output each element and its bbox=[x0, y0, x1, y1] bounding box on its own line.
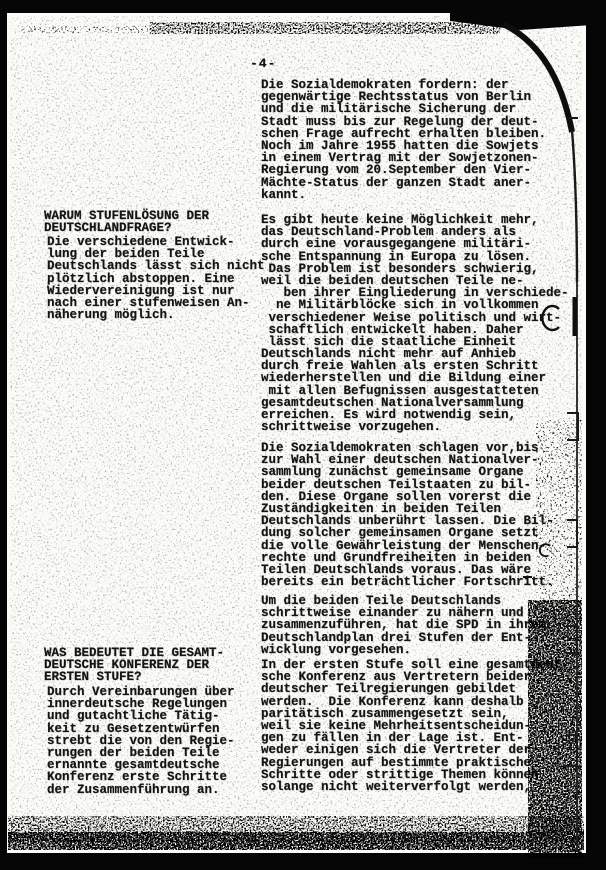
scan-border-bottom bbox=[0, 853, 606, 870]
paragraph-2: Es gibt heute keine Möglichkeit mehr,das… bbox=[261, 214, 569, 433]
paragraph-4: Um die beiden Teile Deutschlandsschrittw… bbox=[261, 595, 546, 656]
section-body-2: Durch Vereinbarungen überinnerdeutsche R… bbox=[47, 686, 235, 796]
paragraph-5: In der ersten Stufe soll eine gesamtdeut… bbox=[261, 659, 569, 793]
scan-border-left bbox=[0, 0, 7, 870]
scan-border-right bbox=[586, 0, 606, 870]
page-number: -4- bbox=[250, 56, 276, 71]
scanned-document: { "page": { "page_number": "-4-" }, "col… bbox=[0, 0, 606, 870]
section-heading-1: WARUM STUFENLÖSUNG DERDEUTSCHLANDFRAGE? bbox=[44, 210, 209, 234]
section-heading-2: WAS BEDEUTET DIE GESAMT-DEUTSCHE KONFERE… bbox=[44, 647, 224, 684]
section-body-1: Die verschiedene Entwick-lung der beiden… bbox=[47, 236, 265, 321]
scan-border-top bbox=[0, 0, 606, 13]
paragraph-3: Die Sozialdemokraten schlagen vor,biszur… bbox=[261, 442, 554, 588]
paragraph-1: Die Sozialdemokraten fordern: dergegenwä… bbox=[261, 79, 546, 201]
